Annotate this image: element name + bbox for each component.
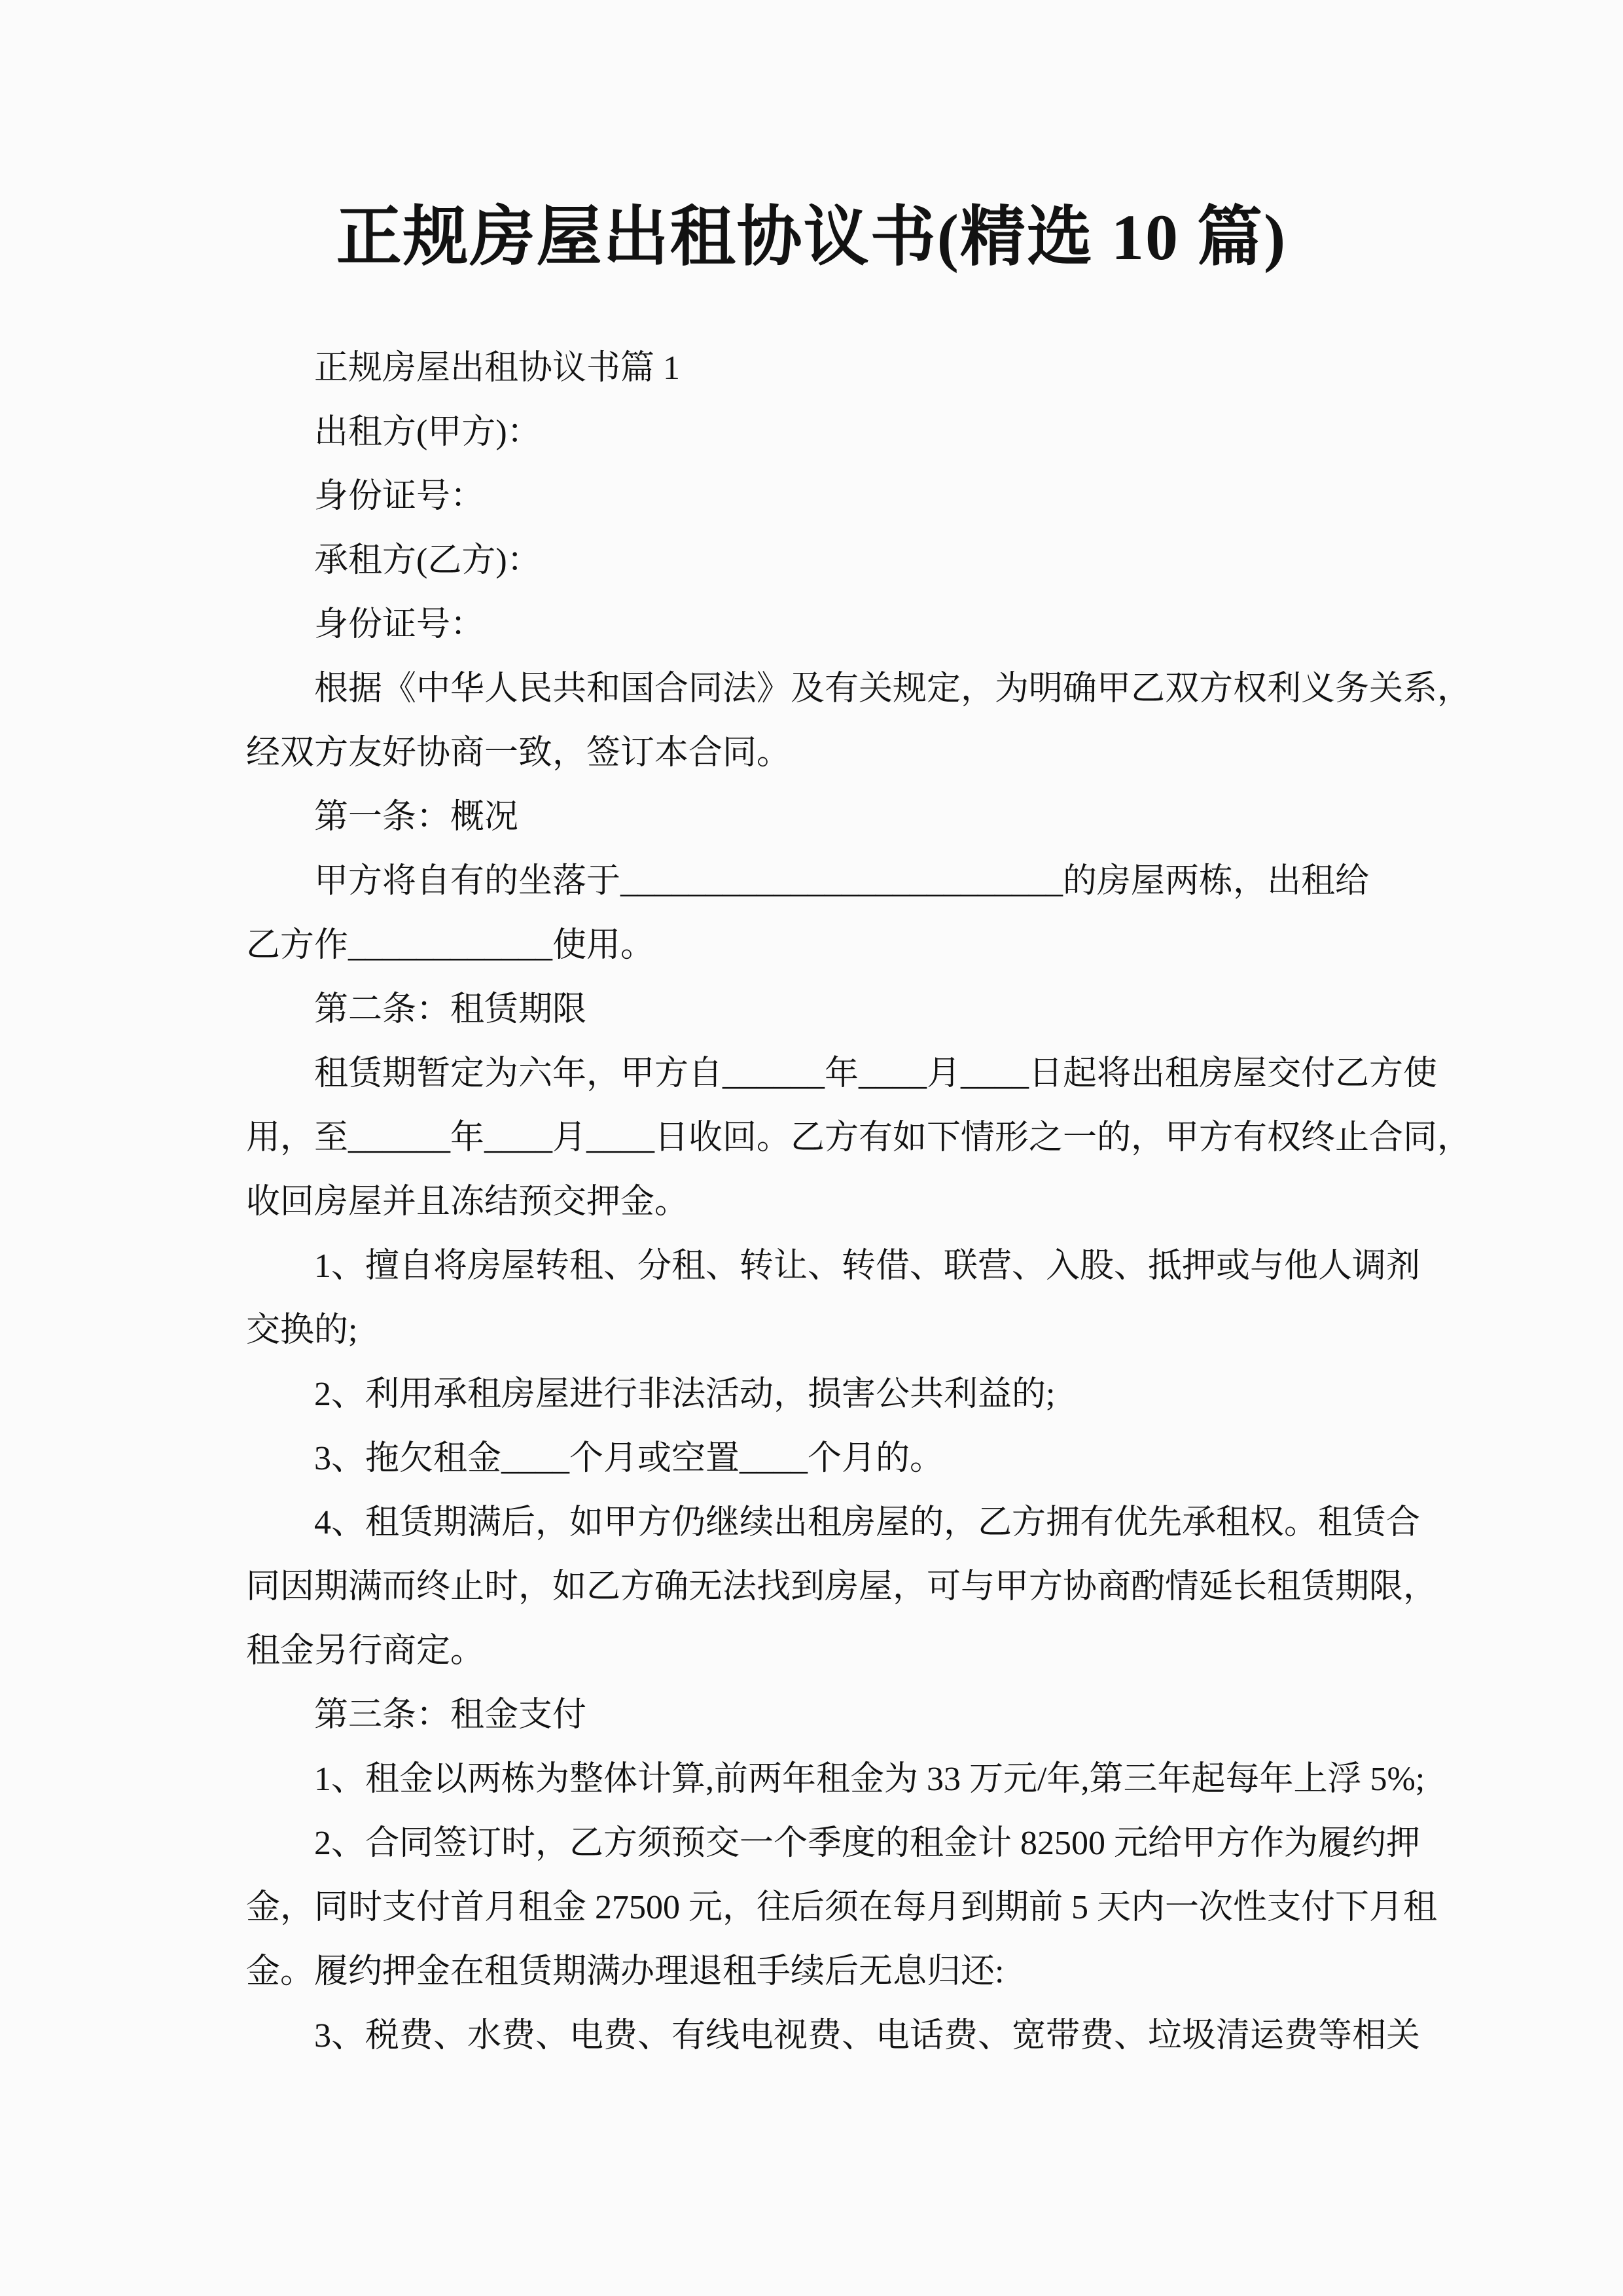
doc-line: 甲方将自有的坐落于__________________________的房屋两栋…: [246, 850, 1424, 914]
doc-line: 金。履约押金在租赁期满办理退租手续后无息归还:: [246, 1940, 1424, 2004]
doc-line: 身份证号：: [246, 465, 1424, 529]
doc-line: 第二条：租赁期限: [246, 978, 1424, 1042]
doc-line: 承租方(乙方)：: [246, 529, 1424, 593]
doc-line: 1、租金以两栋为整体计算,前两年租金为 33 万元/年,第三年起每年上浮 5%;: [246, 1748, 1424, 1812]
doc-line: 第三条：租金支付: [246, 1683, 1424, 1748]
doc-line: 4、租赁期满后，如甲方仍继续出租房屋的，乙方拥有优先承租权。租赁合: [246, 1491, 1424, 1555]
doc-line: 2、利用承租房屋进行非法活动，损害公共利益的;: [246, 1363, 1424, 1427]
doc-line: 收回房屋并且冻结预交押金。: [246, 1170, 1424, 1234]
doc-line: 3、拖欠租金____个月或空置____个月的。: [246, 1427, 1424, 1491]
doc-line: 3、税费、水费、电费、有线电视费、电话费、宽带费、垃圾清运费等相关: [246, 2004, 1424, 2068]
doc-line: 租金另行商定。: [246, 1619, 1424, 1683]
doc-line: 第一条：概况: [246, 785, 1424, 850]
doc-line: 同因期满而终止时，如乙方确无法找到房屋，可与甲方协商酌情延长租赁期限，: [246, 1555, 1424, 1619]
doc-line: 租赁期暂定为六年，甲方自______年____月____日起将出租房屋交付乙方使: [246, 1042, 1424, 1106]
doc-line: 乙方作____________使用。: [246, 914, 1424, 978]
doc-line: 1、擅自将房屋转租、分租、转让、转借、联营、入股、抵押或与他人调剂: [246, 1234, 1424, 1299]
doc-line: 出租方(甲方)：: [246, 401, 1424, 465]
doc-line: 身份证号：: [246, 593, 1424, 657]
document-title: 正规房屋出租协议书(精选 10 篇): [0, 195, 1623, 280]
doc-line: 正规房屋出租协议书篇 1: [246, 336, 1424, 401]
doc-line: 经双方友好协商一致，签订本合同。: [246, 721, 1424, 785]
document-body: 正规房屋出租协议书篇 1 出租方(甲方)： 身份证号： 承租方(乙方)： 身份证…: [246, 336, 1424, 2068]
doc-line: 根据《中华人民共和国合同法》及有关规定，为明确甲乙双方权利义务关系，: [246, 657, 1424, 721]
doc-line: 2、合同签订时，乙方须预交一个季度的租金计 82500 元给甲方作为履约押: [246, 1812, 1424, 1876]
doc-line: 用，至______年____月____日收回。乙方有如下情形之一的，甲方有权终止…: [246, 1106, 1424, 1170]
document-page: 正规房屋出租协议书(精选 10 篇) 正规房屋出租协议书篇 1 出租方(甲方)：…: [0, 0, 1623, 2296]
doc-line: 交换的;: [246, 1299, 1424, 1363]
doc-line: 金，同时支付首月租金 27500 元，往后须在每月到期前 5 天内一次性支付下月…: [246, 1876, 1424, 1940]
